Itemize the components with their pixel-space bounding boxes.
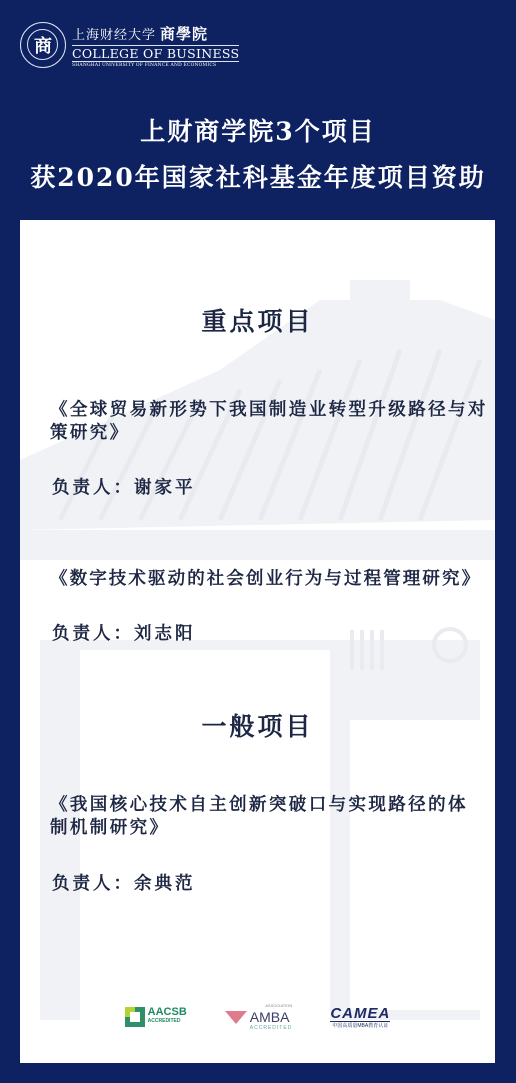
- header: 商 上海财经大学商學院 COLLEGE OF BUSINESS SHANGHAI…: [0, 0, 516, 220]
- section-title-general-projects: 一般项目: [20, 707, 495, 743]
- leader-label: 负责人：: [52, 478, 134, 498]
- project-leader: 负责人：谢家平: [52, 474, 196, 499]
- aacsb-sub: ACCREDITED: [148, 1017, 187, 1026]
- project-leader: 负责人：余典范: [52, 870, 196, 895]
- section-title-key-projects: 重点项目: [20, 302, 495, 338]
- project-leader: 负责人：刘志阳: [52, 620, 196, 645]
- leader-label: 负责人：: [52, 874, 134, 894]
- leader-name: 余典范: [134, 874, 196, 894]
- university-name: 上海财经大学: [72, 28, 156, 43]
- aacsb-logo-icon: [125, 1007, 145, 1027]
- college-name-cn: 商學院: [160, 25, 208, 43]
- logo-cn: 上海财经大学商學院: [72, 23, 239, 44]
- leader-label: 负责人：: [52, 624, 134, 644]
- project-title: 《我国核心技术自主创新突破口与实现路径的体制机制研究》: [50, 794, 475, 840]
- university-name-en: SHANGHAI UNIVERSITY OF FINANCE AND ECONO…: [72, 63, 239, 68]
- seal-glyph: 商: [21, 23, 65, 67]
- content-card: 重点项目 《全球贸易新形势下我国制造业转型升级路径与对策研究》 负责人：谢家平 …: [20, 220, 495, 1063]
- aacsb-badge: AACSB ACCREDITED: [125, 1007, 187, 1027]
- headline-line-1: 上财商学院3个项目: [0, 112, 516, 148]
- logo-text: 上海财经大学商學院 COLLEGE OF BUSINESS SHANGHAI U…: [72, 23, 239, 68]
- college-logo: 商 上海财经大学商學院 COLLEGE OF BUSINESS SHANGHAI…: [20, 22, 239, 68]
- amba-badge: ASSOCIATION AMBA ACCREDITED: [225, 1002, 293, 1032]
- project-title: 《全球贸易新形势下我国制造业转型升级路径与对策研究》: [50, 399, 495, 445]
- project-title: 《数字技术驱动的社会创业行为与过程管理研究》: [50, 568, 495, 591]
- leader-name: 谢家平: [134, 478, 196, 498]
- camea-name: CAMEA: [330, 1006, 390, 1021]
- camea-badge: CAMEA 中国高质量MBA教育认证: [330, 1006, 390, 1029]
- college-name-en: COLLEGE OF BUSINESS: [72, 45, 239, 62]
- accreditation-badges: AACSB ACCREDITED ASSOCIATION AMBA ACCRED…: [20, 1002, 495, 1032]
- aacsb-name: AACSB: [148, 1008, 187, 1017]
- leader-name: 刘志阳: [134, 624, 196, 644]
- amba-name: AMBA: [250, 1010, 293, 1024]
- amba-diamond-icon: [225, 1011, 247, 1024]
- camea-sub: 中国高质量MBA教育认证: [330, 1021, 390, 1029]
- college-seal-icon: 商: [20, 22, 66, 68]
- headline-line-2: 获2020年国家社科基金年度项目资助: [0, 158, 516, 194]
- amba-sub: ACCREDITED: [250, 1024, 293, 1032]
